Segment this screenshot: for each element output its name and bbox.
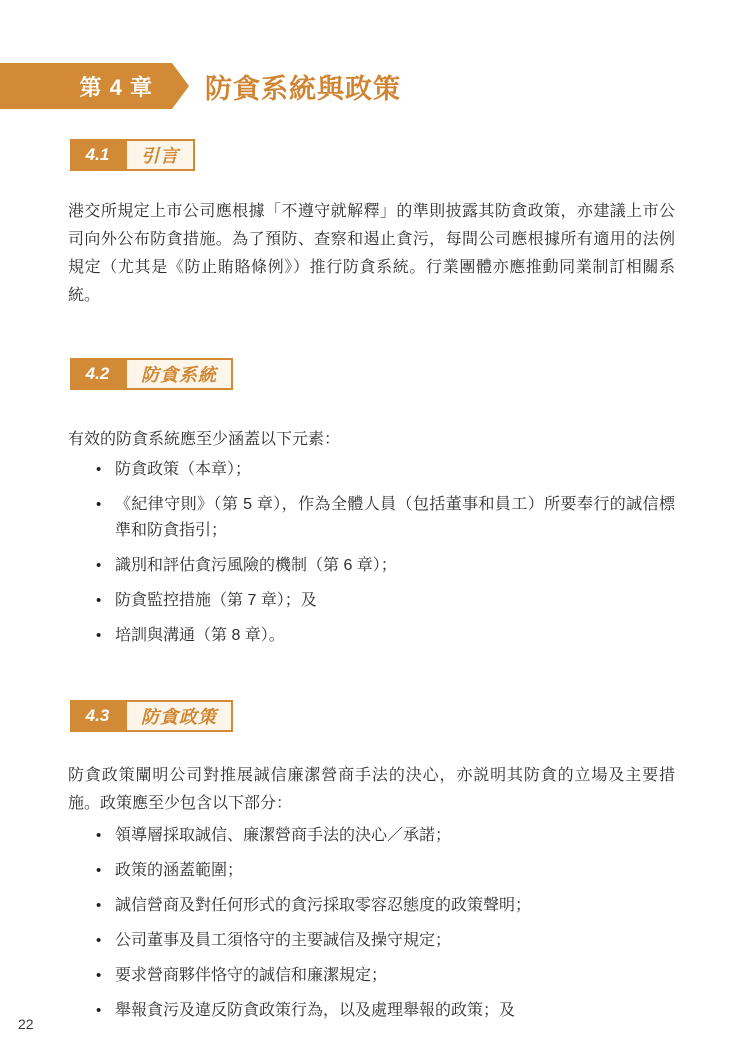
list-item: 誠信營商及對任何形式的貪污採取零容忍態度的政策聲明； — [68, 893, 675, 919]
section-heading-4-2: 4.2 防貪系統 — [70, 358, 233, 390]
section-number: 4.3 — [70, 700, 125, 732]
list-item: 領導層採取誠信、廉潔營商手法的決心／承諾； — [68, 823, 675, 849]
section-number: 4.1 — [70, 139, 125, 171]
list-item: 培訓與溝通（第 8 章）。 — [68, 623, 675, 649]
list-item: 防貪政策（本章）； — [68, 457, 675, 483]
chapter-title: 防貪系統與政策 — [205, 67, 401, 106]
list-item: 公司董事及員工須恪守的主要誠信及操守規定； — [68, 928, 675, 954]
section-4-2-bullet-list: 防貪政策（本章）； 《紀律守則》（第 5 章），作為全體人員（包括董事和員工）所… — [68, 457, 675, 649]
section-4-2-intro: 有效的防貪系統應至少涵蓋以下元素： — [68, 426, 675, 454]
section-label: 防貪系統 — [125, 358, 233, 390]
list-item: 舉報貪污及違反防貪政策行為，以及處理舉報的政策；及 — [68, 998, 675, 1024]
section-label: 引言 — [125, 139, 195, 171]
document-page: 第 4 章 防貪系統與政策 4.1 引言 港交所規定上市公司應根據「不遵守就解釋… — [0, 0, 737, 1042]
list-item: 要求營商夥伴恪守的誠信和廉潔規定； — [68, 963, 675, 989]
chapter-badge: 第 4 章 — [0, 63, 189, 109]
list-item: 識別和評估貪污風險的機制（第 6 章）； — [68, 553, 675, 579]
section-4-3-bullet-list: 領導層採取誠信、廉潔營商手法的決心／承諾； 政策的涵蓋範圍； 誠信營商及對任何形… — [68, 823, 675, 1024]
chapter-header: 第 4 章 防貪系統與政策 — [0, 63, 737, 109]
section-number: 4.2 — [70, 358, 125, 390]
chapter-badge-label: 第 4 章 — [80, 71, 153, 102]
section-heading-4-1: 4.1 引言 — [70, 139, 195, 171]
section-4-1-paragraph: 港交所規定上市公司應根據「不遵守就解釋」的準則披露其防貪政策，亦建議上市公司向外… — [68, 198, 675, 310]
page-number: 22 — [18, 1016, 34, 1032]
list-item: 防貪監控措施（第 7 章）；及 — [68, 588, 675, 614]
section-heading-4-3: 4.3 防貪政策 — [70, 700, 233, 732]
section-4-3-paragraph: 防貪政策闡明公司對推展誠信廉潔營商手法的決心，亦説明其防貪的立場及主要措施。政策… — [68, 762, 675, 818]
section-label: 防貪政策 — [125, 700, 233, 732]
list-item: 《紀律守則》（第 5 章），作為全體人員（包括董事和員工）所要奉行的誠信標準和防… — [68, 492, 675, 544]
list-item: 政策的涵蓋範圍； — [68, 858, 675, 884]
